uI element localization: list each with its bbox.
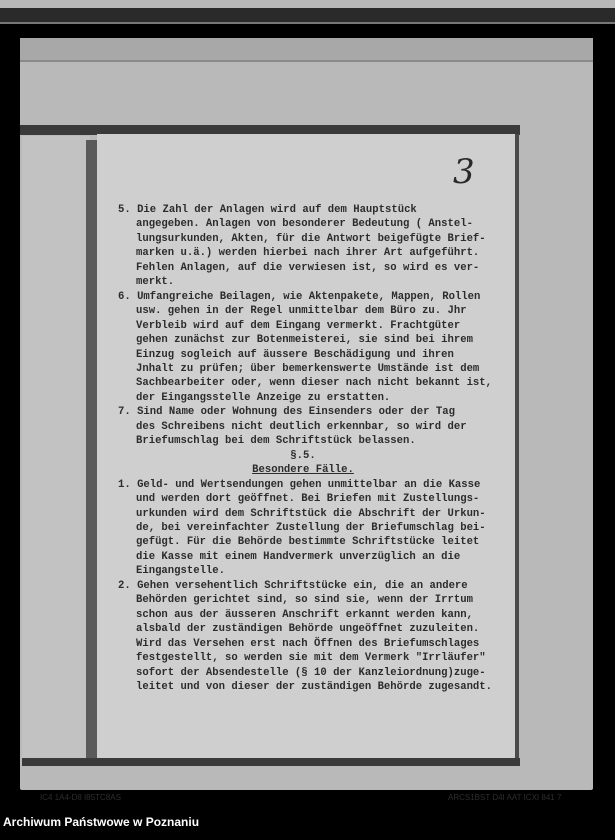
text-line: de, bei vereinfachter Zustellung der Bri… [118, 521, 488, 535]
film-code-right: ARCS1BST D4I AAT ICXI 841 7 [448, 793, 561, 802]
text-line: Besondere Fälle. [118, 463, 488, 477]
text-line: 7. Sind Name oder Wohnung des Einsenders… [118, 405, 488, 419]
text-line: 1. Geld- und Wertsendungen gehen unmitte… [118, 478, 488, 492]
text-line: angegeben. Anlagen von besonderer Bedeut… [118, 217, 488, 231]
text-line: urkunden wird dem Schriftstück die Absch… [118, 507, 488, 521]
text-line: Verbleib wird auf dem Eingang vermerkt. … [118, 319, 488, 333]
text-line: 6. Umfangreiche Beilagen, wie Aktenpaket… [118, 290, 488, 304]
text-line: schon aus der äusseren Anschrift erkannt… [118, 608, 488, 622]
text-line: Einzug sogleich auf äussere Beschädigung… [118, 348, 488, 362]
typed-text-body: 5. Die Zahl der Anlagen wird auf dem Hau… [118, 203, 488, 694]
text-line: alsbald der zuständigen Behörde ungeöffn… [118, 622, 488, 636]
handwritten-page-number: 3 [453, 152, 475, 192]
archive-credit: Archiwum Państwowe w Poznaniu [3, 815, 199, 829]
text-line: der Eingangsstelle Anzeige zu erstatten. [118, 391, 488, 405]
film-code-left: IC4 1A4-D8 I85TC8AS [40, 793, 121, 802]
text-line: Briefumschlag bei dem Schriftstück belas… [118, 434, 488, 448]
text-line: usw. gehen in der Regel unmittelbar dem … [118, 304, 488, 318]
scan-top-edge [0, 0, 615, 8]
text-line: Behörden gerichtet sind, so sind sie, we… [118, 593, 488, 607]
text-line: Fehlen Anlagen, auf die verwiesen ist, s… [118, 261, 488, 275]
text-line: die Kasse mit einem Handvermerk unverzüg… [118, 550, 488, 564]
text-line: Eingangstelle. [118, 564, 488, 578]
text-line: lungsurkunden, Akten, für die Antwort be… [118, 232, 488, 246]
text-line: Sachbearbeiter oder, wenn dieser nach ni… [118, 376, 488, 390]
scan-film-band [0, 8, 615, 24]
text-line: gehen zunächst zur Botenmeisterei, sie s… [118, 333, 488, 347]
text-line: festgestellt, so werden sie mit dem Verm… [118, 651, 488, 665]
text-line: Wird das Versehen erst nach Öffnen des B… [118, 637, 488, 651]
text-line: sofort der Absendestelle (§ 10 der Kanzl… [118, 666, 488, 680]
page-frame-bottom [22, 758, 520, 766]
text-line: §.5. [118, 449, 488, 463]
text-line: des Schreibens nicht deutlich erkennbar,… [118, 420, 488, 434]
text-line: leitet und von dieser der zuständigen Be… [118, 680, 488, 694]
text-line: und werden dort geöffnet. Bei Briefen mi… [118, 492, 488, 506]
text-line: gefügt. Für die Behörde bestimmte Schrif… [118, 535, 488, 549]
text-line: marken u.ä.) werden hierbei nach ihrer A… [118, 246, 488, 260]
text-line: Jnhalt zu prüfen; über bemerkenswerte Um… [118, 362, 488, 376]
text-line: 2. Gehen versehentlich Schriftstücke ein… [118, 579, 488, 593]
text-line: 5. Die Zahl der Anlagen wird auf dem Hau… [118, 203, 488, 217]
text-line: merkt. [118, 275, 488, 289]
left-page-strip [22, 136, 90, 764]
